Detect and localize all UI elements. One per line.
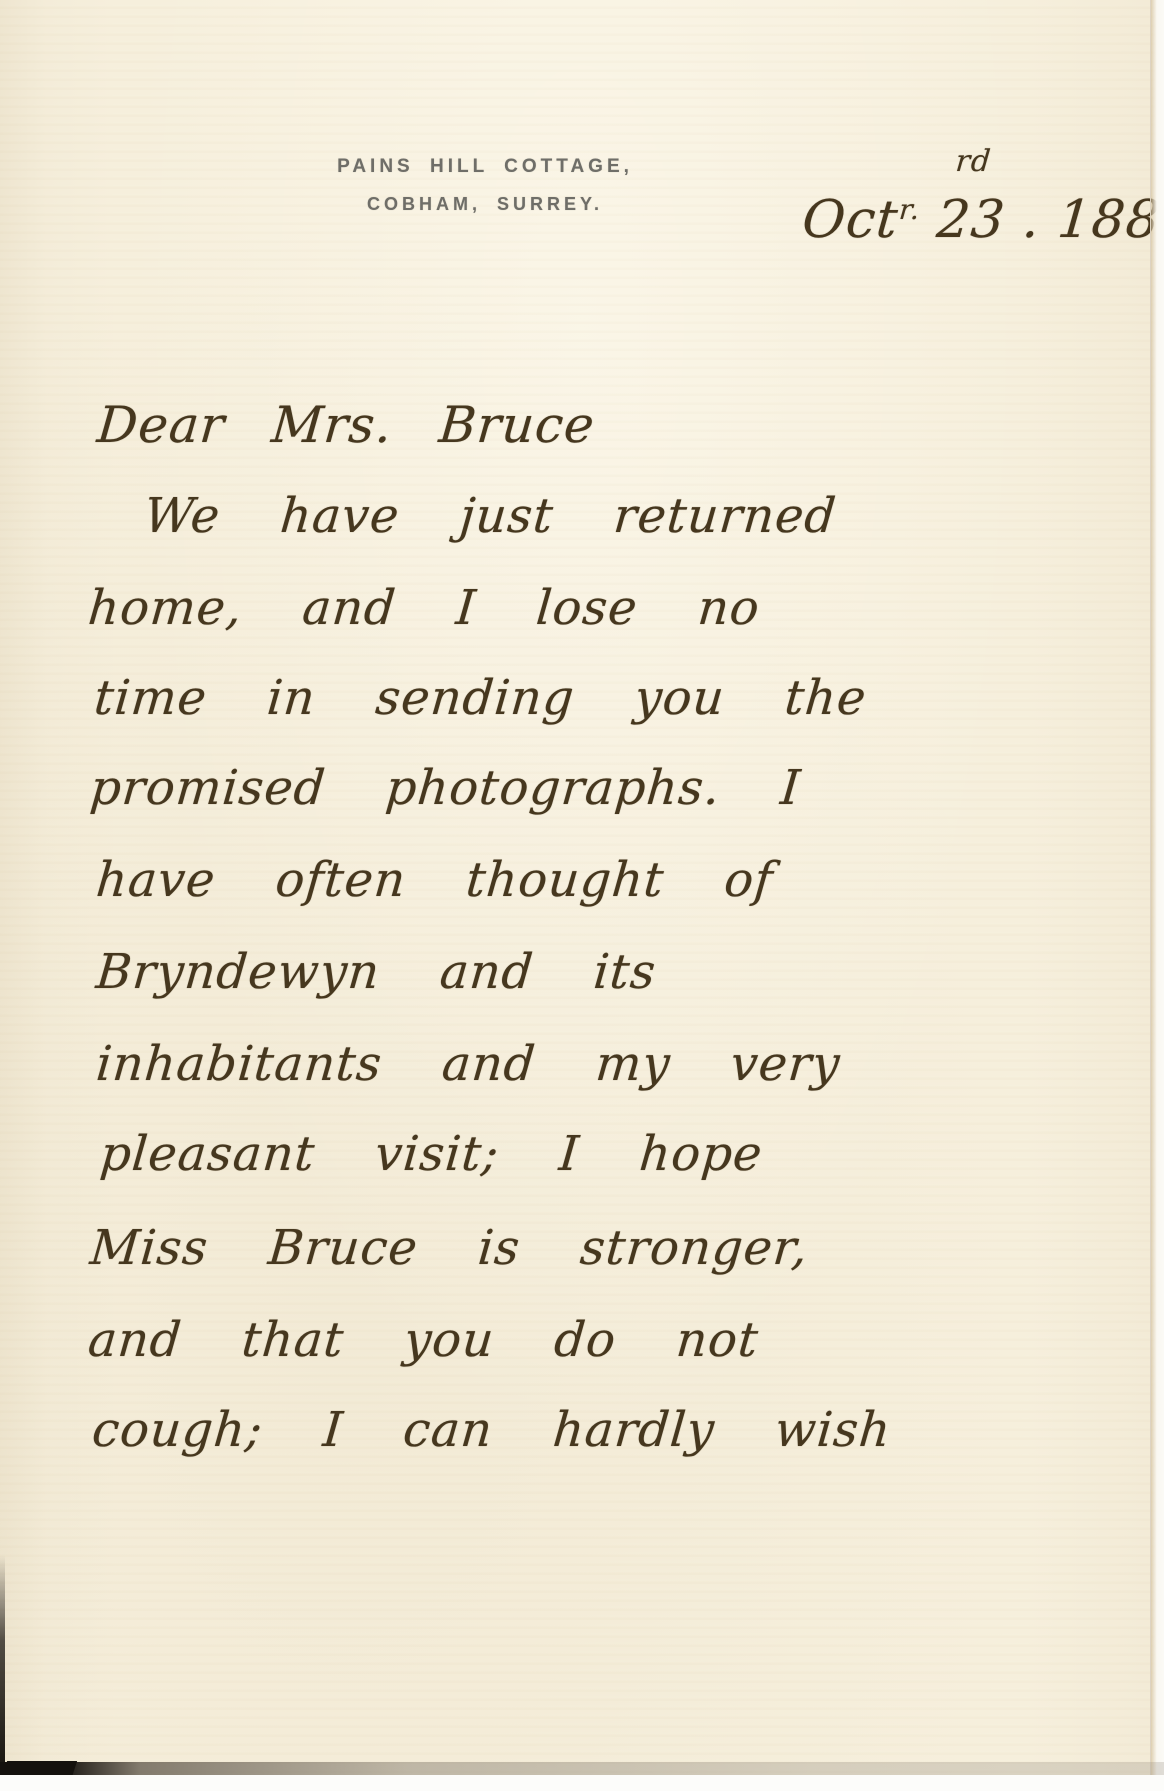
letter-line-6: Bryndewyn and its [94,944,658,1000]
date-superscript-rd: rd [954,144,993,179]
letterhead-line2: COBHAM, SURREY. [330,194,640,215]
letter-line-7: inhabitants and my very [94,1036,843,1092]
letter-line-8: pleasant visit; I hope [98,1126,765,1182]
letter-line-11: cough; I can hardly wish [90,1402,893,1458]
date-month-superscript: r. [898,193,922,226]
paper-right-edge [1150,0,1164,1791]
salutation: Dear Mrs. Bruce [95,396,597,454]
letter-line-5: have often thought of [94,852,776,908]
date-month: Oct [800,190,901,250]
scanned-letter-page: PAINS HILL COTTAGE, COBHAM, SURREY. rdOc… [0,0,1164,1791]
date-day: 23 . [934,190,1042,250]
paper-left-edge-shadow [0,1555,5,1770]
date-year: 1887 [1055,190,1164,250]
letter-line-1: We have just returned [142,488,839,544]
letter-line-10: and that you do not [86,1312,761,1368]
scanner-background-strip [0,1775,1164,1791]
letter-line-4: promised photographs. I [88,760,803,816]
letter-line-3: time in sending you the [92,670,869,726]
paper-bottom-edge-shadow [0,1762,1164,1776]
letterhead-line1: PAINS HILL COTTAGE, [330,156,640,178]
letter-line-2: home, and I lose no [86,580,762,636]
letter-line-9: Miss Bruce is stronger, [88,1220,811,1276]
letterhead: PAINS HILL COTTAGE, COBHAM, SURREY. [330,156,640,215]
handwritten-date: rdOctr. 23 . 1887 [800,190,1164,250]
